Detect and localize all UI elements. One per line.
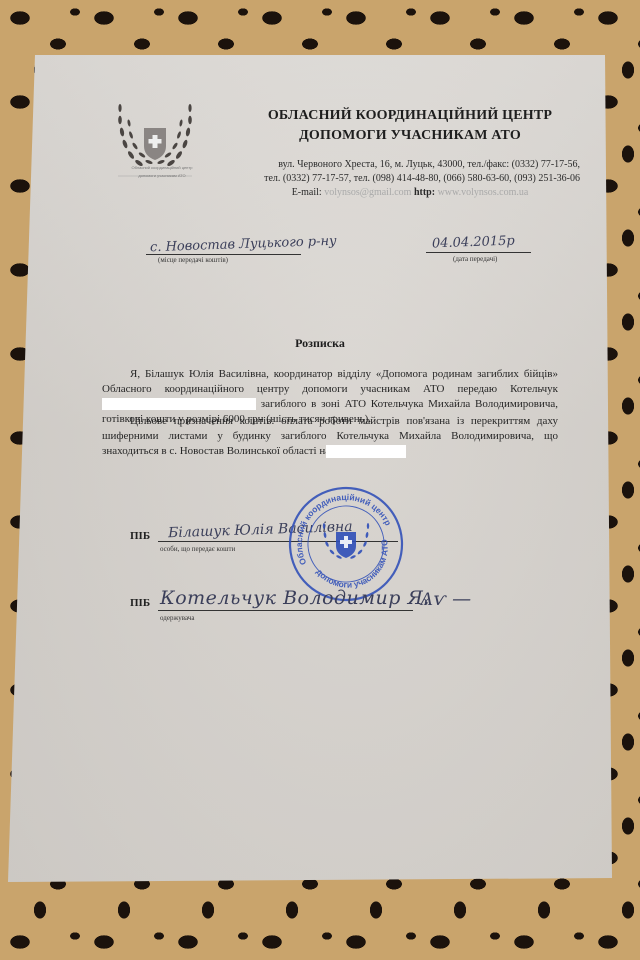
logo-caption-line1: Обласний координаційний центр: [112, 164, 212, 172]
logo-caption-line2: допомоги учасникам АТО: [112, 172, 212, 180]
org-title-line1: ОБЛАСНИЙ КООРДИНАЦІЙНИЙ ЦЕНТР: [240, 106, 580, 126]
address-line2: тел. (0332) 77-17-57, тел. (098) 414-48-…: [240, 172, 580, 186]
receiver-signature-scribble: Ѧѵ —: [420, 588, 471, 611]
email-link[interactable]: volynsos@gmail.com: [324, 187, 411, 198]
date-handwritten: 04.04.2015р: [432, 234, 515, 252]
http-label: http:: [414, 187, 435, 198]
para1-text-start: Я, Білашук Юлія Василівна, координатор в…: [102, 368, 558, 395]
date-label: (дата передачі): [453, 255, 497, 263]
email-label: E-mail:: [292, 187, 322, 198]
receiver-signature-line: [158, 610, 413, 611]
org-title-line2: ДОПОМОГИ УЧАСНИКАМ АТО: [240, 126, 580, 146]
redacted-box: [102, 398, 256, 410]
website-link[interactable]: www.volynsos.com.ua: [438, 187, 529, 198]
org-title: ОБЛАСНИЙ КООРДИНАЦІЙНИЙ ЦЕНТР ДОПОМОГИ У…: [240, 106, 580, 146]
organization-stamp: Обласний координаційний центр допомоги у…: [286, 484, 406, 604]
giver-caption: особи, що передає кошти: [160, 545, 235, 553]
address-line1: вул. Червоного Хреста, 16, м. Луцьк, 430…: [240, 158, 580, 172]
redacted-box: [326, 445, 406, 458]
receiver-caption: одержувача: [160, 614, 194, 622]
paragraph-2: Цільове призначення коштів: оплата робот…: [102, 414, 558, 459]
contact-info: вул. Червоного Хреста, 16, м. Луцьк, 430…: [240, 158, 580, 200]
email-web-line: E-mail: volynsos@gmail.com http: www.vol…: [240, 186, 580, 200]
place-label: (місце передачі коштів): [158, 256, 228, 264]
receiver-pib-label: ПІБ: [130, 597, 150, 609]
receiver-handwritten-name: Котельчук Володимир Я.: [160, 587, 430, 609]
date-field-line: [426, 252, 531, 253]
giver-pib-label: ПІБ: [130, 530, 150, 542]
logo-caption: Обласний координаційний центр допомоги у…: [112, 164, 212, 180]
document-title: Розписка: [80, 336, 560, 351]
